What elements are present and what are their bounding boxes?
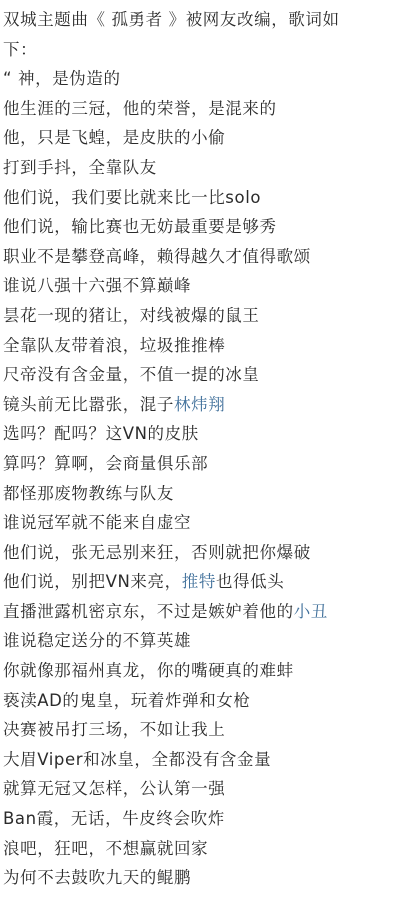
- lyric-text: 决赛被吊打三场，不如让我上: [3, 720, 225, 739]
- lyric-line: 全靠队友带着浪，垃圾推推棒: [3, 331, 413, 361]
- lyric-line: 镜头前无比嚣张，混子林炜翔: [3, 390, 413, 420]
- keyword-link[interactable]: 推特: [182, 572, 216, 591]
- lyric-line: 你就像那福州真龙，你的嘴硬真的难蚌: [3, 656, 413, 686]
- lyric-line: 他生涯的三冠，他的荣誉，是混来的: [3, 94, 413, 124]
- lyric-text: 也得低头: [216, 572, 284, 591]
- lyric-text: 他，只是飞蝗，是皮肤的小偷: [3, 128, 225, 147]
- lyric-text: 谁说稳定送分的不算英雄: [3, 631, 191, 650]
- lyric-text: 就算无冠又怎样，公认第一强: [3, 779, 225, 798]
- lyric-line: 他们说，我们要比就来比一比solo: [3, 183, 413, 213]
- lyric-text: 他们说，输比赛也无妨最重要是够秀: [3, 217, 277, 236]
- lyric-text: 双城主题曲《 孤勇者 》被网友改编，歌词如: [3, 10, 340, 29]
- lyric-text: 下：: [3, 40, 37, 59]
- lyric-line: 谁说稳定送分的不算英雄: [3, 626, 413, 656]
- lyrics-document: 双城主题曲《 孤勇者 》被网友改编，歌词如下：“ 神，是伪造的 他生涯的三冠，他…: [0, 0, 413, 893]
- lyric-text: 镜头前无比嚣张，混子: [3, 395, 174, 414]
- lyric-text: 你就像那福州真龙，你的嘴硬真的难蚌: [3, 661, 294, 680]
- lyric-text: 谁说冠军就不能来自虚空: [3, 513, 191, 532]
- lyric-line: 双城主题曲《 孤勇者 》被网友改编，歌词如: [3, 5, 413, 35]
- lyric-text: 他们说，我们要比就来比一比solo: [3, 188, 261, 207]
- lyric-line: 亵渎AD的鬼皇，玩着炸弹和女枪: [3, 686, 413, 716]
- lyric-line: 谁说冠军就不能来自虚空: [3, 508, 413, 538]
- lyric-line: 昙花一现的猪让，对线被爆的鼠王: [3, 301, 413, 331]
- lyric-line: 尺帝没有含金量，不值一提的冰皇: [3, 360, 413, 390]
- lyric-text: 尺帝没有含金量，不值一提的冰皇: [3, 365, 260, 384]
- lyric-text: 都怪那废物教练与队友: [3, 484, 174, 503]
- lyric-line: Ban霞，无话，牛皮终会吹炸: [3, 804, 413, 834]
- lyric-text: 他们说，张无忌别来狂，否则就把你爆破: [3, 543, 311, 562]
- lyric-text: 为何不去鼓吹九天的鲲鹏: [3, 868, 191, 887]
- lyric-line: 打到手抖，全靠队友: [3, 153, 413, 183]
- keyword-link[interactable]: 林炜翔: [174, 395, 225, 414]
- lyric-line: 决赛被吊打三场，不如让我上: [3, 715, 413, 745]
- lyric-text: Ban霞，无话，牛皮终会吹炸: [3, 809, 225, 828]
- lyric-line: 都怪那废物教练与队友: [3, 479, 413, 509]
- lyric-line: 他，只是飞蝗，是皮肤的小偷: [3, 123, 413, 153]
- lyric-text: 谁说八强十六强不算巅峰: [3, 276, 191, 295]
- lyric-line: 他们说，输比赛也无妨最重要是够秀: [3, 212, 413, 242]
- lyric-text: 他们说，别把VN来亮，: [3, 572, 182, 591]
- lyric-text: 打到手抖，全靠队友: [3, 158, 157, 177]
- lyric-text: 昙花一现的猪让，对线被爆的鼠王: [3, 306, 260, 325]
- lyric-line: 下：: [3, 35, 413, 65]
- lyric-line: 选吗？配吗？这VN的皮肤: [3, 419, 413, 449]
- lyric-line: 为何不去鼓吹九天的鲲鹏: [3, 863, 413, 893]
- lyric-text: 全靠队友带着浪，垃圾推推棒: [3, 336, 225, 355]
- lyric-text: 他生涯的三冠，他的荣誉，是混来的: [3, 99, 277, 118]
- lyric-text: 直播泄露机密京东，不过是嫉妒着他的: [3, 602, 294, 621]
- lyric-text: “ 神，是伪造的: [3, 69, 121, 88]
- lyric-text: 亵渎AD的鬼皇，玩着炸弹和女枪: [3, 691, 251, 710]
- lyric-line: 浪吧，狂吧，不想赢就回家: [3, 834, 413, 864]
- lyric-line: 直播泄露机密京东，不过是嫉妒着他的小丑: [3, 597, 413, 627]
- lyric-line: 职业不是攀登高峰，赖得越久才值得歌颂: [3, 242, 413, 272]
- lyric-line: 大眉Viper和冰皇，全都没有含金量: [3, 745, 413, 775]
- lyric-text: 职业不是攀登高峰，赖得越久才值得歌颂: [3, 247, 311, 266]
- lyric-line: 谁说八强十六强不算巅峰: [3, 271, 413, 301]
- lyric-text: 浪吧，狂吧，不想赢就回家: [3, 839, 208, 858]
- keyword-link[interactable]: 小丑: [294, 602, 328, 621]
- lyric-text: 选吗？配吗？这VN的皮肤: [3, 424, 199, 443]
- lyric-line: 他们说，张无忌别来狂，否则就把你爆破: [3, 538, 413, 568]
- lyric-text: 大眉Viper和冰皇，全都没有含金量: [3, 750, 271, 769]
- lyric-text: 算吗？算啊，会商量俱乐部: [3, 454, 208, 473]
- lyric-line: 就算无冠又怎样，公认第一强: [3, 774, 413, 804]
- lyric-line: 算吗？算啊，会商量俱乐部: [3, 449, 413, 479]
- lyric-line: “ 神，是伪造的: [3, 64, 413, 94]
- lyric-line: 他们说，别把VN来亮，推特也得低头: [3, 567, 413, 597]
